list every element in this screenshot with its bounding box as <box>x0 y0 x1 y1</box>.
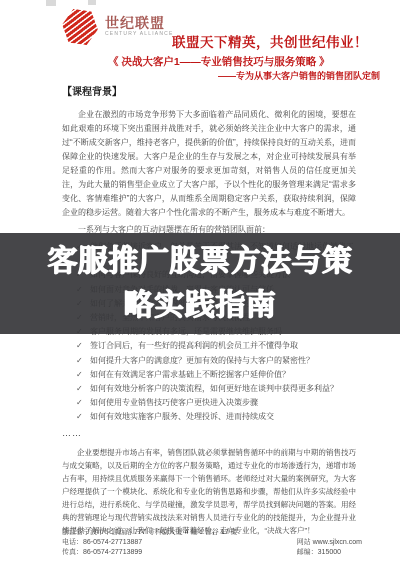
background-paragraph: 企业在激烈的市场竞争形势下大多面临着产品同质化、微利化的困境，要想在如此艰难的环… <box>62 108 356 220</box>
scan-artifact <box>88 0 96 5</box>
course-tagline: ——专为从事大客户销售的销售团队定制 <box>190 69 380 82</box>
footer-contact-right: 网站 www.sjlxcn.com 邮编：315000 <box>297 538 362 558</box>
course-title: 《 决战大客户1——专业销售技巧与服务策略 》 <box>108 54 368 69</box>
footer-address: 浙江省宁波市中官西路 777 号科创大厦 4 幢 c 智谷 17 楼 <box>62 528 237 538</box>
ellipsis: …… <box>62 425 356 441</box>
footer-website: 网站 www.sjlxcn.com <box>297 538 362 548</box>
checklist-item-text: 如何有效地分析客户的决策流程，如何更好地在谈判中获得更多利益？ <box>90 382 338 396</box>
check-icon: ✓ <box>76 382 90 396</box>
footer-fax: 传真：86-0574-27713899 <box>62 548 237 558</box>
footer-contact-left: 浙江省宁波市中官西路 777 号科创大厦 4 幢 c 智谷 17 楼 电话：86… <box>62 528 237 558</box>
checklist-item: ✓如何有效地分析客户的决策流程，如何更好地在谈判中获得更多利益？ <box>76 382 356 396</box>
checklist-item-text: 如何在有效满足客户需求基础上不断挖掘客户延伸价值？ <box>90 368 290 382</box>
checklist-item-text: 如何提升大客户的满意度？更加有效的保持与大客户的紧密性？ <box>90 354 314 368</box>
company-slogan: 联盟天下精英，共创世纪伟业！ <box>150 31 390 51</box>
checklist-item: ✓如何使用专业销售技巧使客户更快进入决策步骤 <box>76 396 356 410</box>
check-icon: ✓ <box>76 410 90 424</box>
checklist-item: ✓如何有效地实施客户服务、处理投诉、进而持续成交 <box>76 410 356 424</box>
footer-postcode: 邮编：315000 <box>297 548 362 558</box>
scan-artifact <box>46 0 56 6</box>
footer-phone: 电话：86-0574-27713887 <box>62 538 237 548</box>
checklist-item-text: 签订合同后，有一些好的提高利润的机会员工并不懂得争取 <box>90 339 298 353</box>
page-footer: 浙江省宁波市中官西路 777 号科创大厦 4 幢 c 智谷 17 楼 电话：86… <box>62 528 362 558</box>
check-icon: ✓ <box>76 339 90 353</box>
brand-name: 世纪联盟 <box>105 16 173 31</box>
overlay-banner: 客服推广股票方法与策略实践指南 <box>0 233 400 334</box>
checklist-item: ✓签订合同后，有一些好的提高利润的机会员工并不懂得争取 <box>76 339 356 353</box>
check-icon: ✓ <box>76 368 90 382</box>
closing-paragraph: 企业要想提升市场占有率，销售团队就必须掌握销售循环中的前期与中期的销售技巧与成交… <box>62 446 356 537</box>
check-icon: ✓ <box>76 354 90 368</box>
checklist-item: ✓如何提升大客户的满意度？更加有效的保持与大客户的紧密性？ <box>76 354 356 368</box>
document-page: 世纪联盟 CENTURY ALLIANCE 联盟天下精英，共创世纪伟业！ 《 决… <box>0 0 400 566</box>
checklist-item-text: 如何有效地实施客户服务、处理投诉、进而持续成交 <box>90 410 274 424</box>
checklist-item-text: 如何使用专业销售技巧使客户更快进入决策步骤 <box>90 396 258 410</box>
overlay-banner-title: 客服推广股票方法与策略实践指南 <box>44 240 356 328</box>
checklist-item: ✓如何在有效满足客户需求基础上不断挖掘客户延伸价值？ <box>76 368 356 382</box>
striped-hexagon-logo-icon <box>60 8 100 47</box>
section-label-course-background: 【课程背景】 <box>62 86 356 100</box>
check-icon: ✓ <box>76 396 90 410</box>
